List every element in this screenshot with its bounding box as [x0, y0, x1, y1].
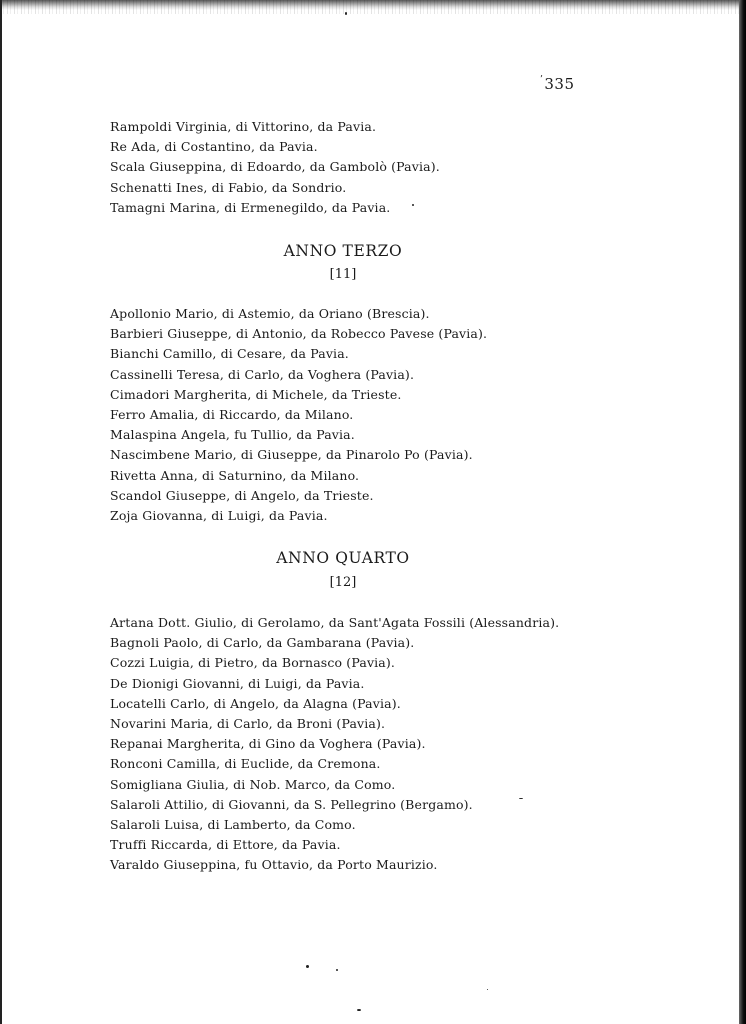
section-count-anno-terzo: [11]: [0, 267, 686, 282]
list-item: Bagnoli Paolo, di Carlo, da Gambarana (P…: [110, 633, 559, 653]
page-right-edge-shadow: [739, 0, 746, 1024]
list-item: Bianchi Camillo, di Cesare, da Pavia.: [110, 344, 487, 364]
list-item: Re Ada, di Costantino, da Pavia.: [110, 137, 440, 157]
list-item: Scandol Giuseppe, di Angelo, da Trieste.: [110, 486, 487, 506]
list-item: Salaroli Attilio, di Giovanni, da S. Pel…: [110, 795, 559, 815]
list-item: Tamagni Marina, di Ermenegildo, da Pavia…: [110, 198, 440, 218]
list-item: Cimadori Margherita, di Michele, da Trie…: [110, 385, 487, 405]
anno-terzo-entry-list: Apollonio Mario, di Astemio, da Oriano (…: [110, 304, 487, 526]
page-top-edge-noise: [0, 0, 746, 14]
list-item: Cassinelli Teresa, di Carlo, da Voghera …: [110, 365, 487, 385]
list-item: Scala Giuseppina, di Edoardo, da Gambolò…: [110, 157, 440, 177]
list-item: De Dionigi Giovanni, di Luigi, da Pavia.: [110, 674, 559, 694]
list-item: Truffi Riccarda, di Ettore, da Pavia.: [110, 835, 559, 855]
list-item: Rampoldi Virginia, di Vittorino, da Pavi…: [110, 117, 440, 137]
list-item: Novarini Maria, di Carlo, da Broni (Pavi…: [110, 714, 559, 734]
list-item: Barbieri Giuseppe, di Antonio, da Robecc…: [110, 324, 487, 344]
section-heading-anno-quarto: ANNO QUARTO: [0, 549, 686, 567]
list-item: Cozzi Luigia, di Pietro, da Bornasco (Pa…: [110, 653, 559, 673]
page-number: ’335: [540, 75, 575, 93]
list-item: Somigliana Giulia, di Nob. Marco, da Com…: [110, 775, 559, 795]
page-number-mark: ’: [540, 75, 543, 85]
list-item: Zoja Giovanna, di Luigi, da Pavia.: [110, 506, 487, 526]
list-item: Locatelli Carlo, di Angelo, da Alagna (P…: [110, 694, 559, 714]
list-item: Ronconi Camilla, di Euclide, da Cremona.: [110, 754, 559, 774]
scan-speck: [412, 204, 414, 206]
list-item: Repanai Margherita, di Gino da Voghera (…: [110, 734, 559, 754]
scan-speck: [306, 965, 309, 968]
scan-speck: [357, 1009, 361, 1011]
scanned-page: ’335 Rampoldi Virginia, di Vittorino, da…: [0, 0, 746, 1024]
list-item: Artana Dott. Giulio, di Gerolamo, da San…: [110, 613, 559, 633]
anno-quarto-entry-list: Artana Dott. Giulio, di Gerolamo, da San…: [110, 613, 559, 876]
scan-speck: [487, 989, 488, 990]
page-number-text: 335: [544, 75, 574, 93]
list-item: Schenatti Ines, di Fabio, da Sondrio.: [110, 178, 440, 198]
list-item: Nascimbene Mario, di Giuseppe, da Pinaro…: [110, 445, 487, 465]
page-left-edge: [0, 0, 2, 1024]
section-count-anno-quarto: [12]: [0, 575, 686, 590]
list-item: Ferro Amalia, di Riccardo, da Milano.: [110, 405, 487, 425]
continued-entry-list: Rampoldi Virginia, di Vittorino, da Pavi…: [110, 117, 440, 218]
scan-speck: [336, 969, 338, 971]
list-item: Apollonio Mario, di Astemio, da Oriano (…: [110, 304, 487, 324]
scan-speck: [519, 798, 523, 799]
list-item: Varaldo Giuseppina, fu Ottavio, da Porto…: [110, 855, 559, 875]
list-item: Malaspina Angela, fu Tullio, da Pavia.: [110, 425, 487, 445]
section-heading-anno-terzo: ANNO TERZO: [0, 242, 686, 260]
scan-speck: [345, 12, 347, 15]
list-item: Salaroli Luisa, di Lamberto, da Como.: [110, 815, 559, 835]
list-item: Rivetta Anna, di Saturnino, da Milano.: [110, 466, 487, 486]
